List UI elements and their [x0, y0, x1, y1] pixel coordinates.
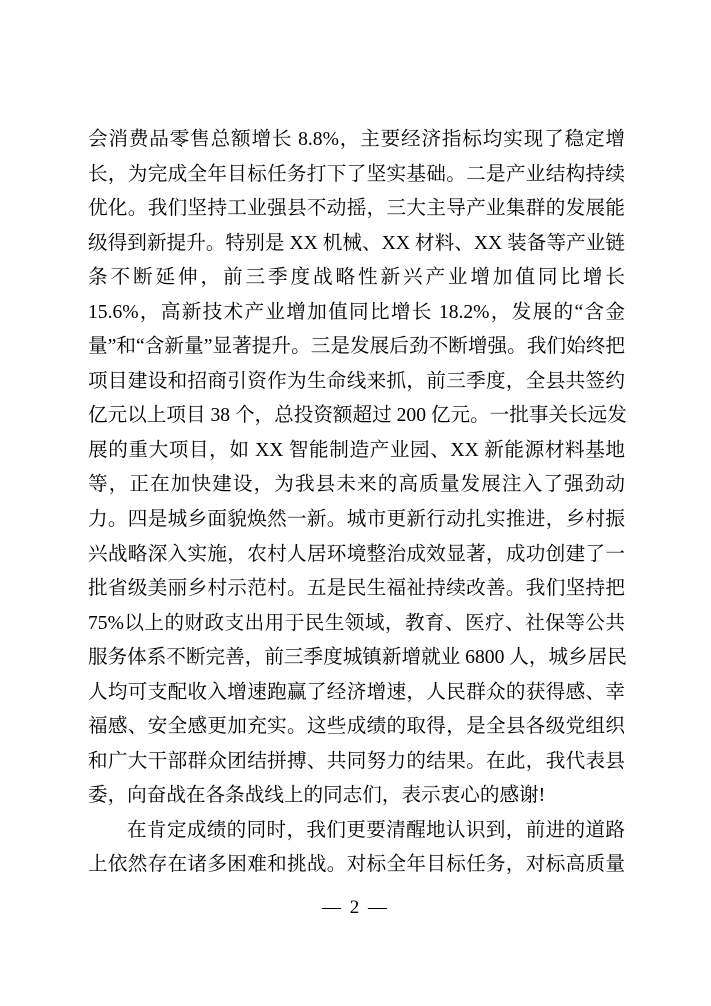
text-line-paragraph-start: 在肯定成绩的同时，我们更要清醒地认识到，前进的道路 — [88, 814, 625, 849]
text-line: 优化。我们坚持工业强县不动摇，三大主导产业集群的发展能 — [88, 192, 625, 227]
text-line: 75%以上的财政支出用于民生领域，教育、医疗、社保等公共 — [88, 607, 625, 642]
text-line: 长，为完成全年目标任务打下了坚实基础。二是产业结构持续 — [88, 158, 625, 193]
document-body: 会消费品零售总额增长 8.8%，主要经济指标均实现了稳定增 长，为完成全年目标任… — [88, 123, 625, 883]
text-line: 福感、安全感更加充实。这些成绩的取得，是全县各级党组织 — [88, 710, 625, 745]
text-line: 服务体系不断完善，前三季度城镇新增就业 6800 人，城乡居民 — [88, 641, 625, 676]
page-number: — 2 — — [0, 896, 711, 920]
document-page: 会消费品零售总额增长 8.8%，主要经济指标均实现了稳定增 长，为完成全年目标任… — [0, 0, 711, 1006]
text-line: 条不断延伸，前三季度战略性新兴产业增加值同比增长 — [88, 261, 625, 296]
text-line: 会消费品零售总额增长 8.8%，主要经济指标均实现了稳定增 — [88, 123, 625, 158]
text-line: 级得到新提升。特别是 XX 机械、XX 材料、XX 装备等产业链 — [88, 227, 625, 262]
text-line: 量”和“含新量”显著提升。三是发展后劲不断增强。我们始终把 — [88, 330, 625, 365]
text-line: 15.6%，高新技术产业增加值同比增长 18.2%，发展的“含金 — [88, 296, 625, 331]
text-line: 人均可支配收入增速跑赢了经济增速，人民群众的获得感、幸 — [88, 676, 625, 711]
text-line: 力。四是城乡面貌焕然一新。城市更新行动扎实推进，乡村振 — [88, 503, 625, 538]
text-line: 亿元以上项目 38 个，总投资额超过 200 亿元。一批事关长远发 — [88, 399, 625, 434]
text-line: 展的重大项目，如 XX 智能制造产业园、XX 新能源材料基地 — [88, 434, 625, 469]
text-line: 项目建设和招商引资作为生命线来抓，前三季度，全县共签约 — [88, 365, 625, 400]
text-line: 和广大干部群众团结拼搏、共同努力的结果。在此，我代表县 — [88, 745, 625, 780]
text-line-paragraph-end: 委，向奋战在各条战线上的同志们，表示衷心的感谢! — [88, 779, 625, 814]
text-line: 上依然存在诸多困难和挑战。对标全年目标任务，对标高质量 — [88, 848, 625, 883]
text-line: 批省级美丽乡村示范村。五是民生福祉持续改善。我们坚持把 — [88, 572, 625, 607]
text-line: 兴战略深入实施，农村人居环境整治成效显著，成功创建了一 — [88, 538, 625, 573]
text-line: 等，正在加快建设，为我县未来的高质量发展注入了强劲动 — [88, 468, 625, 503]
